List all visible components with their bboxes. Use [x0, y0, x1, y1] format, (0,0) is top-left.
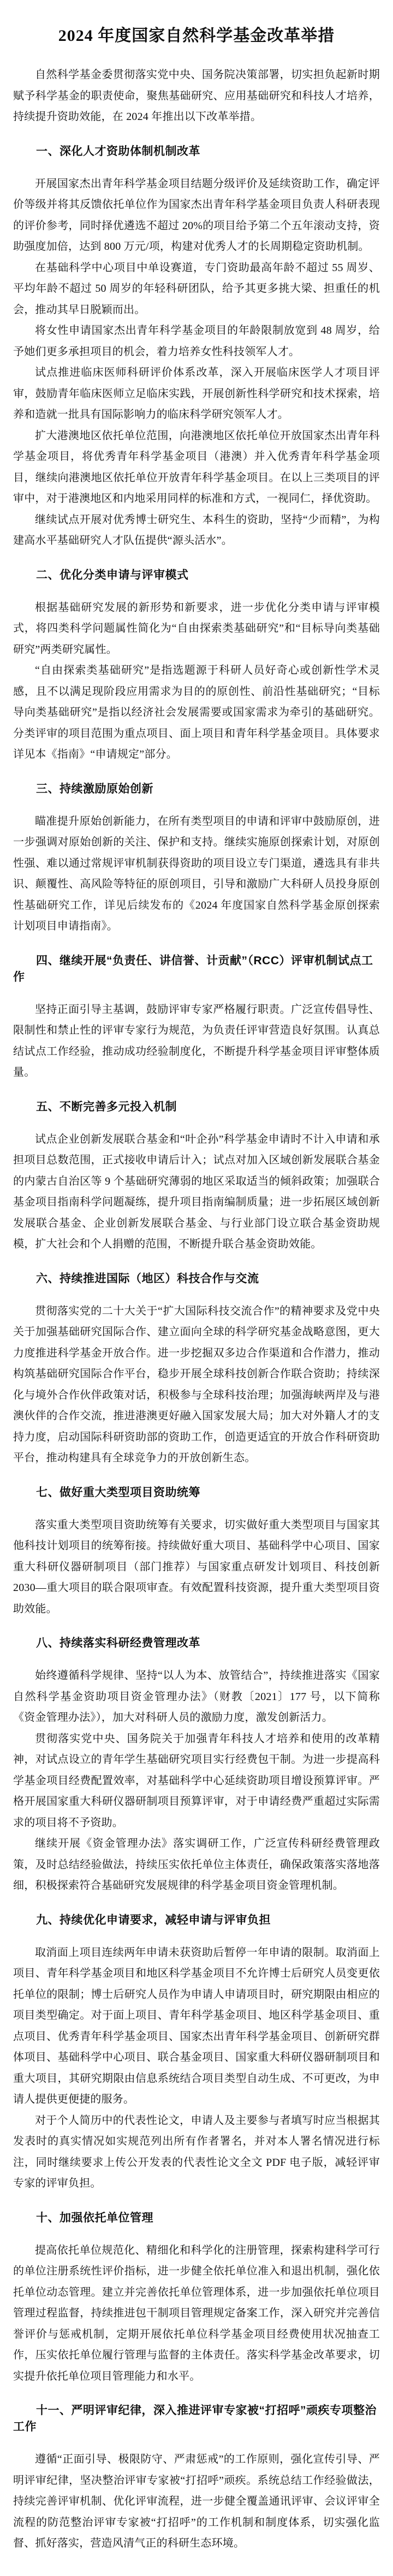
document-page: 2024 年度国家自然科学基金改革举措 自然科学基金委贯彻落实党中央、国务院决策…: [0, 0, 393, 2576]
intro-paragraph: 自然科学基金委贯彻落实党中央、国务院决策部署，切实担负起新时期赋予科学基金的职责…: [13, 64, 380, 128]
paragraph: 贯彻落实党的二十大关于“扩大国际科技交流合作”的精神要求及党中央关于加强基础研究…: [13, 1301, 380, 1469]
paragraph: 继续试点开展对优秀博士研究生、本科生的资助，坚持“少而精”，为构建高水平基础研究…: [13, 509, 380, 551]
section-8: 八、持续落实科研经费管理改革 始终遵循科学规律、坚持“以人为本、放管结合”，持续…: [13, 1634, 380, 1896]
paragraph: 对于个人简历中的代表性论文，申请人及主要参与者填写时应当根据其发表时的真实情况如…: [13, 2110, 380, 2194]
paragraph: 取消面上项目连续两年申请未获资助后暂停一年申请的限制。取消面上项目、青年科学基金…: [13, 1942, 380, 2110]
section-11: 十一、严明评审纪律，深入推进评审专家被“打招呼”顽疾专项整治工作 遵循“正面引导…: [13, 2401, 380, 2554]
section-4: 四、继续开展“负责任、讲信誉、计贡献”（RCC）评审机制试点工作 坚持正面引导主…: [13, 952, 380, 1083]
paragraph: 开展国家杰出青年科学基金项目结题分级评价及延续资助工作，确定评价等级并将其反馈依…: [13, 173, 380, 257]
paragraph: 根据基础研究发展的新形势和新要求，进一步优化分类申请与评审模式，将四类科学问题属…: [13, 597, 380, 660]
section-3: 三、持续激励原始创新 瞄准提升原始创新能力，在所有类型项目的申请和评审中鼓励原创…: [13, 780, 380, 937]
paragraph: 瞄准提升原始创新能力，在所有类型项目的申请和评审中鼓励原创，进一步强调对原始创新…: [13, 811, 380, 937]
section-2: 二、优化分类申请与评审模式 根据基础研究发展的新形势和新要求，进一步优化分类申请…: [13, 566, 380, 765]
paragraph: 试点推进临床医师科研评价体系改革，深入开展临床医学人才项目评审，鼓励青年临床医师…: [13, 362, 380, 425]
section-heading: 二、优化分类申请与评审模式: [13, 566, 380, 583]
section-1: 一、深化人才资助体制机制改革 开展国家杰出青年科学基金项目结题分级评价及延续资助…: [13, 142, 380, 551]
document-title: 2024 年度国家自然科学基金改革举措: [13, 22, 380, 46]
paragraph: 贯彻落实党中央、国务院关于加强青年科技人才培养和使用的改革精神，对试点设立的青年…: [13, 1728, 380, 1834]
section-6: 六、持续推进国际（地区）科技合作与交流 贯彻落实党的二十大关于“扩大国际科技交流…: [13, 1270, 380, 1469]
section-heading: 九、持续优化申请要求，减轻申请与评审负担: [13, 1911, 380, 1928]
section-heading: 十、加强依托单位管理: [13, 2209, 380, 2225]
section-heading: 八、持续落实科研经费管理改革: [13, 1634, 380, 1650]
paragraph: 遵循“正面引导、极限防守、严肃惩戒”的工作原则，强化宣传引导、严明评审纪律，坚决…: [13, 2449, 380, 2554]
paragraph: 将女性申请国家杰出青年科学基金项目的年龄限制放宽到 48 周岁，给予她们更多承担…: [13, 320, 380, 362]
paragraph: 在基础科学中心项目中单设赛道，专门资助最高年龄不超过 55 周岁、平均年龄不超过…: [13, 257, 380, 321]
section-heading: 六、持续推进国际（地区）科技合作与交流: [13, 1270, 380, 1286]
paragraph: 继续开展《资金管理办法》落实调研工作，广泛宣传科研经费管理政策，及时总结经验做法…: [13, 1833, 380, 1896]
section-10: 十、加强依托单位管理 提高依托单位规范化、精细化和科学化的注册管理，探索构建科学…: [13, 2209, 380, 2387]
paragraph: 坚持正面引导主基调，鼓励评审专家严格履行职责。广泛宣传倡导性、限制性和禁止性的评…: [13, 999, 380, 1083]
paragraph: 提高依托单位规范化、精细化和科学化的注册管理，探索构建科学可行的单位注册系统性评…: [13, 2240, 380, 2387]
section-heading: 十一、严明评审纪律，深入推进评审专家被“打招呼”顽疾专项整治工作: [13, 2401, 380, 2434]
section-heading: 三、持续激励原始创新: [13, 780, 380, 796]
section-heading: 七、做好重大类型项目资助统筹: [13, 1484, 380, 1500]
section-5: 五、不断完善多元投入机制 试点企业创新发展联合基金和“叶企孙”科学基金申请时不计…: [13, 1098, 380, 1255]
paragraph: 始终遵循科学规律、坚持“以人为本、放管结合”，持续推进落实《国家自然科学基金资助…: [13, 1665, 380, 1728]
paragraph: 扩大港澳地区依托单位范围，向港澳地区依托单位开放国家杰出青年科学基金项目，将优秀…: [13, 425, 380, 509]
paragraph: 落实重大类型项目资助统筹有关要求，切实做好重大类型项目与国家其他科技计划项目的统…: [13, 1515, 380, 1620]
section-heading: 五、不断完善多元投入机制: [13, 1098, 380, 1114]
paragraph: 试点企业创新发展联合基金和“叶企孙”科学基金申请时不计入申请和承担项目总数范围，…: [13, 1129, 380, 1255]
section-9: 九、持续优化申请要求，减轻申请与评审负担 取消面上项目连续两年申请未获资助后暂停…: [13, 1911, 380, 2194]
section-heading: 一、深化人才资助体制机制改革: [13, 142, 380, 159]
section-heading: 四、继续开展“负责任、讲信誉、计贡献”（RCC）评审机制试点工作: [13, 952, 380, 984]
paragraph: “自由探索类基础研究”是指选题源于科研人员好奇心或创新性学术灵感，且不以满足现阶…: [13, 660, 380, 765]
section-7: 七、做好重大类型项目资助统筹 落实重大类型项目资助统筹有关要求，切实做好重大类型…: [13, 1484, 380, 1620]
